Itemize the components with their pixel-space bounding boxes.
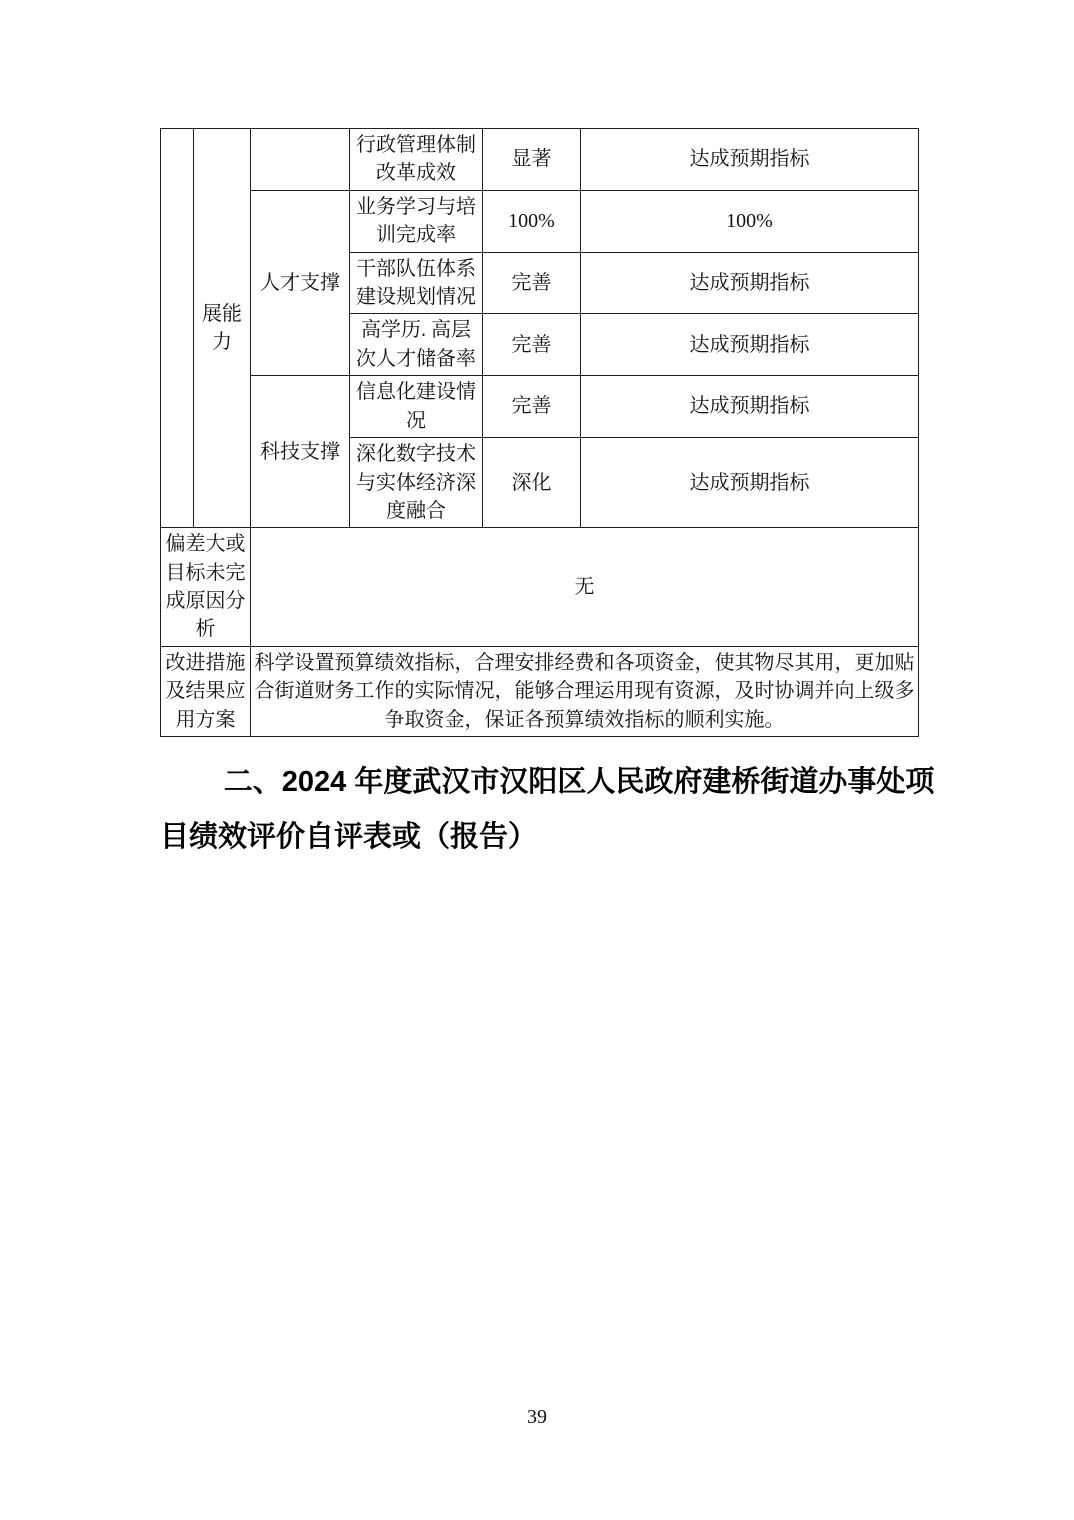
document-page: 展能力 行政管理体制改革成效 显著 达成预期指标 人才支撑 业务学习与培训完成率…	[0, 0, 1074, 1520]
value-cell: 完善	[483, 252, 581, 314]
result-cell: 达成预期指标	[581, 252, 919, 314]
indicator-cell: 干部队伍体系建设规划情况	[350, 252, 483, 314]
section-heading: 二、2024 年度武汉市汉阳区人民政府建桥街道办事处项目绩效评价自评表或（报告）	[160, 755, 935, 865]
performance-table: 展能力 行政管理体制改革成效 显著 达成预期指标 人才支撑 业务学习与培训完成率…	[160, 128, 919, 737]
table-row: 人才支撑 业务学习与培训完成率 100% 100%	[161, 190, 919, 252]
result-cell: 达成预期指标	[581, 438, 919, 528]
table-row: 科技支撑 信息化建设情况 完善 达成预期指标	[161, 376, 919, 438]
page-number: 39	[0, 1406, 1074, 1429]
value-cell: 完善	[483, 314, 581, 376]
spacer-cell	[161, 129, 194, 528]
capability-label-cell: 展能力	[194, 129, 251, 528]
indicator-cell: 行政管理体制改革成效	[350, 129, 483, 191]
value-cell: 100%	[483, 190, 581, 252]
value-cell: 显著	[483, 129, 581, 191]
group-empty-cell	[251, 129, 350, 191]
table-row: 偏差大或目标未完成原因分析 无	[161, 528, 919, 647]
value-cell: 完善	[483, 376, 581, 438]
improvement-label-cell: 改进措施及结果应用方案	[161, 646, 251, 736]
indicator-cell: 信息化建设情况	[350, 376, 483, 438]
deviation-content-cell: 无	[251, 528, 919, 647]
result-cell: 达成预期指标	[581, 129, 919, 191]
result-cell: 100%	[581, 190, 919, 252]
indicator-cell: 业务学习与培训完成率	[350, 190, 483, 252]
indicator-cell: 深化数字技术与实体经济深度融合	[350, 438, 483, 528]
result-cell: 达成预期指标	[581, 376, 919, 438]
table-row: 改进措施及结果应用方案 科学设置预算绩效指标，合理安排经费和各项资金，使其物尽其…	[161, 646, 919, 736]
group-label-cell: 科技支撑	[251, 376, 350, 528]
table-row: 展能力 行政管理体制改革成效 显著 达成预期指标	[161, 129, 919, 191]
group-label-cell: 人才支撑	[251, 190, 350, 375]
improvement-content-cell: 科学设置预算绩效指标，合理安排经费和各项资金，使其物尽其用，更加贴合街道财务工作…	[251, 646, 919, 736]
result-cell: 达成预期指标	[581, 314, 919, 376]
indicator-cell: 高学历. 高层次人才储备率	[350, 314, 483, 376]
value-cell: 深化	[483, 438, 581, 528]
deviation-label-cell: 偏差大或目标未完成原因分析	[161, 528, 251, 647]
